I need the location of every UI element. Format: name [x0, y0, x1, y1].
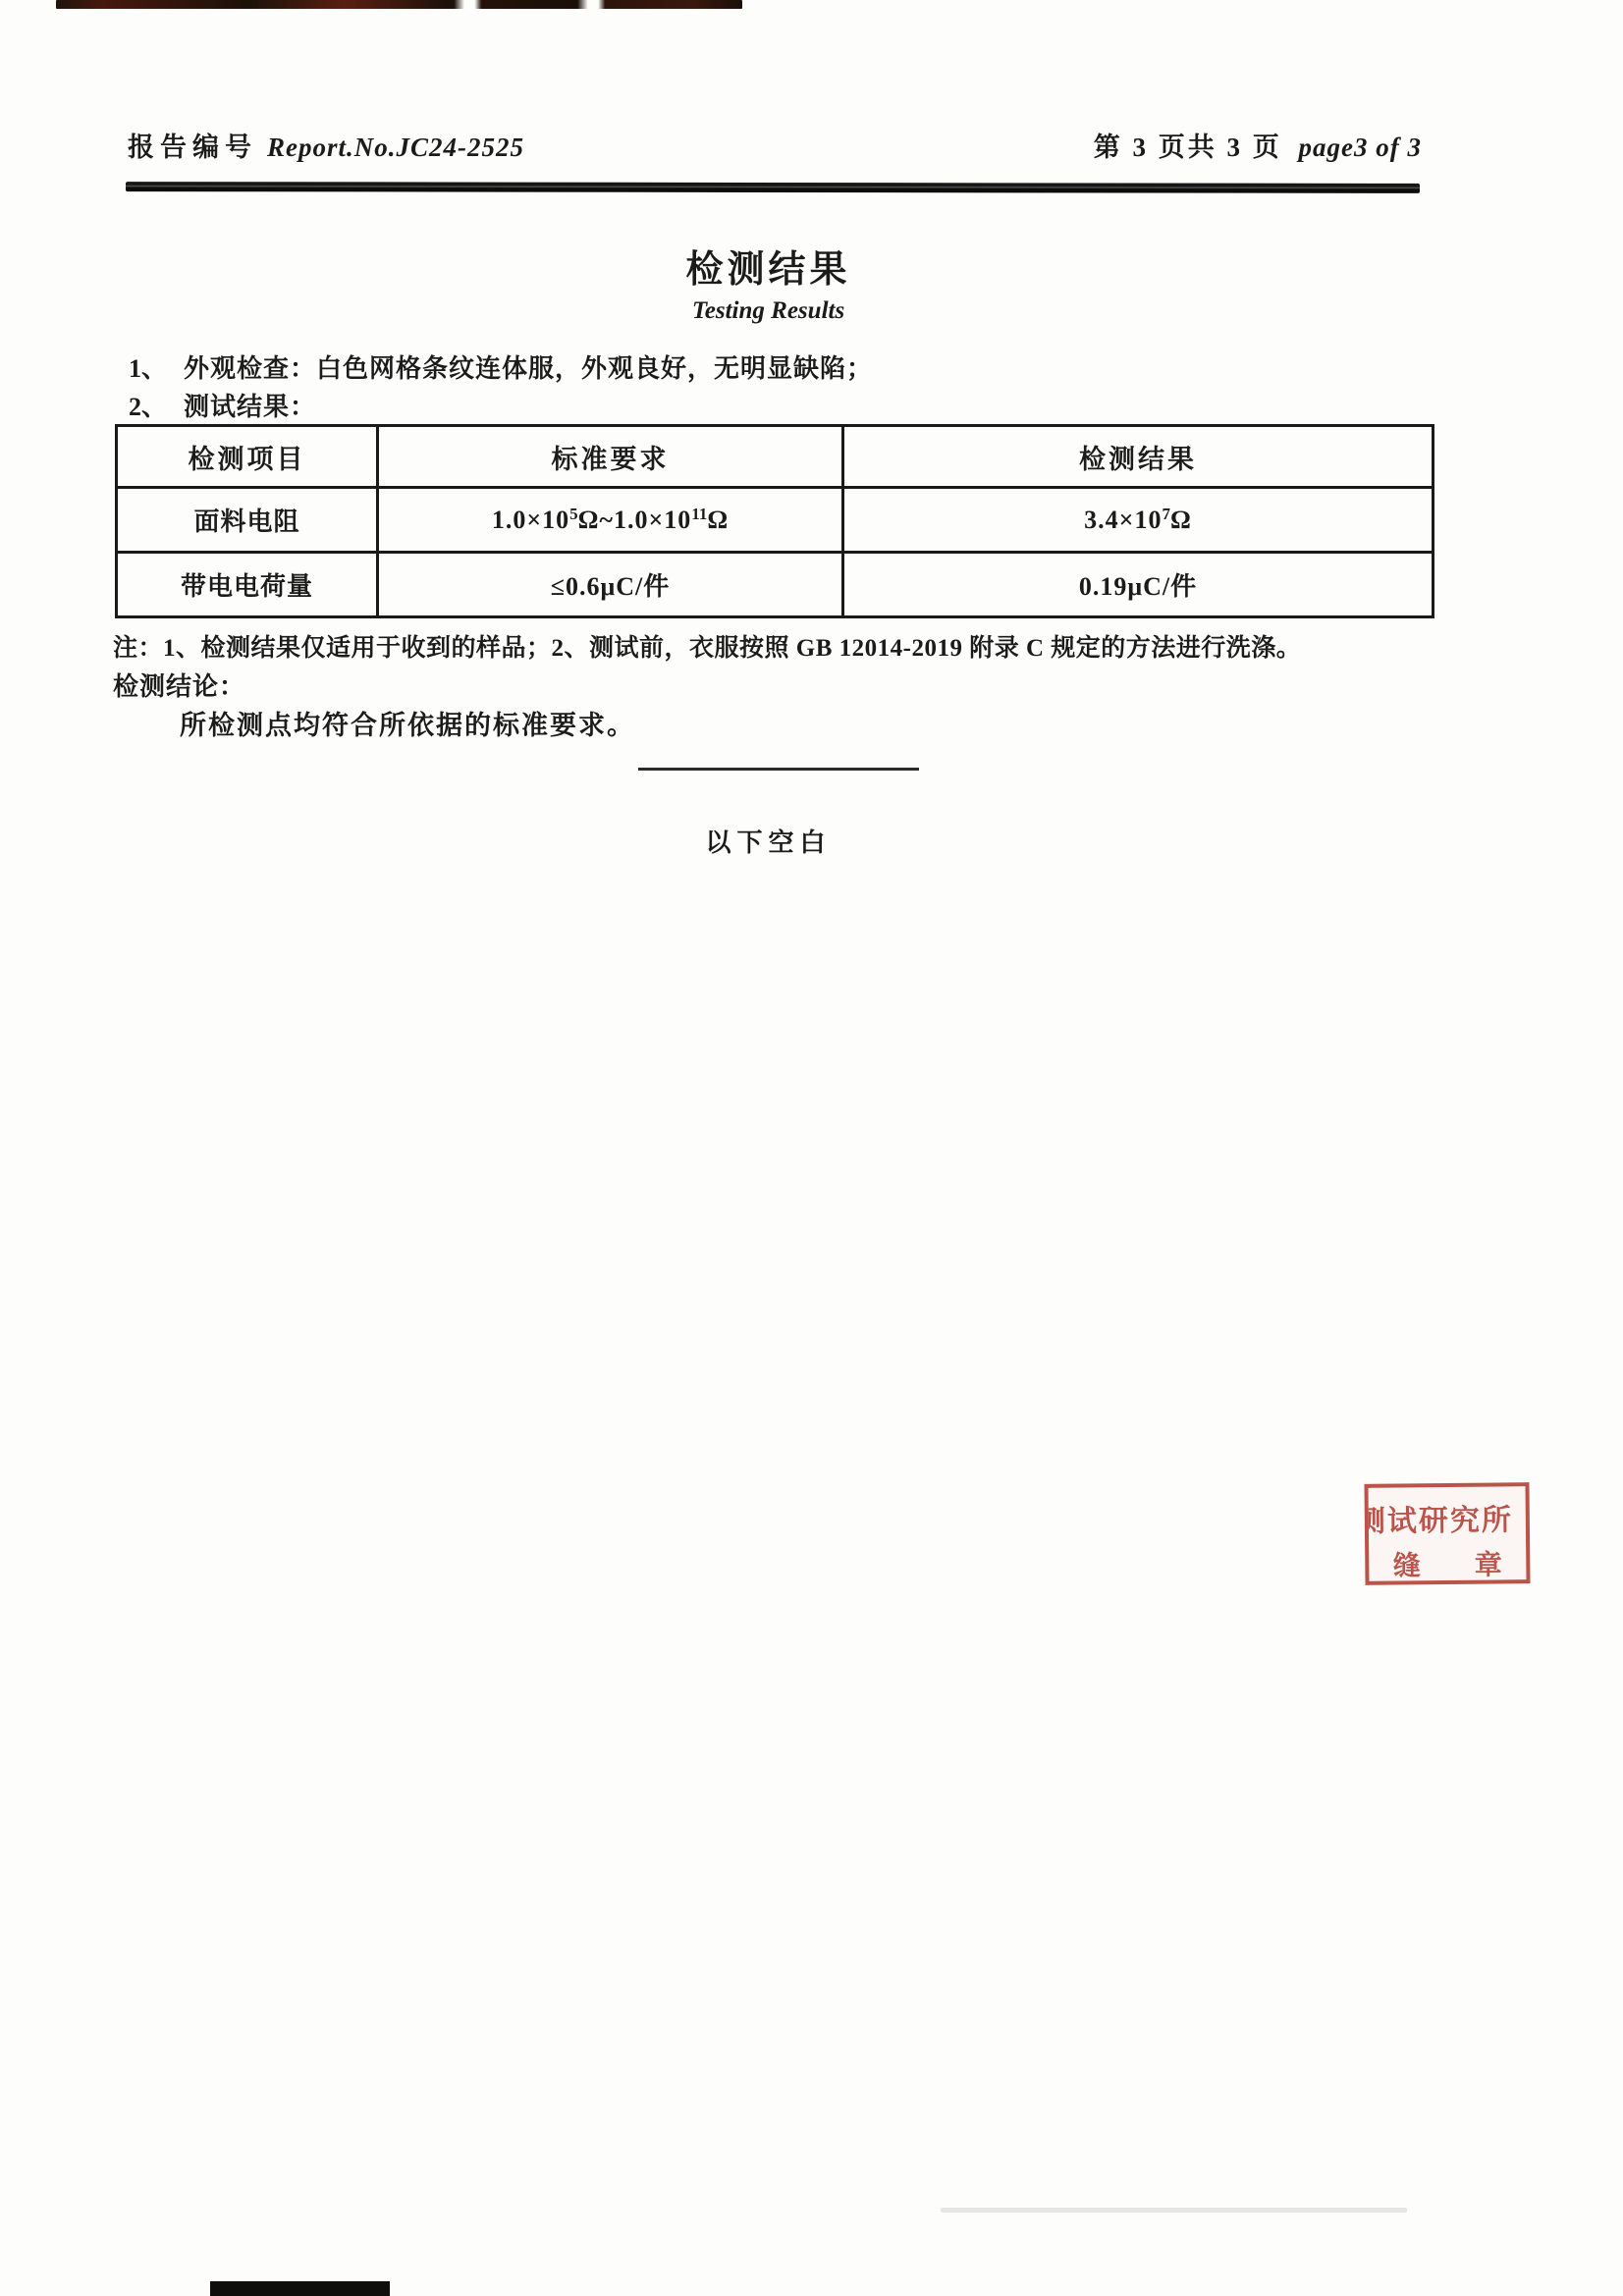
report-number-label: 报告编号 [128, 133, 257, 162]
scan-artifact-bottom-bar [210, 2281, 390, 2296]
report-number-value: Report.No.JC24-2525 [267, 133, 524, 162]
stamp-line-1: 测试研究所 [1364, 1495, 1526, 1540]
cell-result: 3.4×107Ω [843, 488, 1434, 553]
section-divider-line [638, 768, 919, 771]
list-item-text: 测试结果： [184, 388, 316, 426]
cell-requirement: 1.0×105Ω~1.0×1011Ω [378, 488, 843, 553]
cell-result: 0.19μC/件 [843, 553, 1434, 617]
table-header-row: 检测项目 标准要求 检测结果 [117, 426, 1434, 488]
conclusion-text: 所检测点均符合所依据的标准要求。 [180, 704, 635, 742]
blank-below-text: 以下空白 [113, 823, 1424, 859]
req-base: 1.0×10 [492, 506, 569, 534]
summary-list: 1、 外观检查：白色网格条纹连体服，外观良好，无明显缺陷； 2、 测试结果： [129, 349, 1425, 426]
list-item-text: 外观检查：白色网格条纹连体服，外观良好，无明显缺陷； [184, 349, 873, 388]
req-exponent: 5 [569, 505, 578, 523]
req-mid: Ω~1.0×10 [578, 506, 692, 534]
page-title: 检测结果 [113, 239, 1424, 293]
req-exponent: 11 [691, 505, 707, 523]
cell-requirement: ≤0.6μC/件 [378, 553, 843, 617]
page-number: 第 3 页共 3 页 page3 of 3 [1094, 126, 1422, 164]
table-header-requirement: 标准要求 [378, 426, 843, 488]
list-item-number: 1、 [129, 349, 184, 388]
scan-artifact-smudge [941, 2208, 1407, 2213]
cell-item: 面料电阻 [117, 488, 378, 553]
page-number-en: page3 of 3 [1299, 133, 1422, 162]
table-header-result: 检测结果 [843, 426, 1434, 488]
list-item-number: 2、 [129, 388, 184, 426]
table-header-item: 检测项目 [117, 426, 378, 488]
req-unit: Ω [707, 506, 729, 534]
seam-stamp: 测试研究所 缝 章 [1364, 1482, 1530, 1585]
note-text: 注：1、检测结果仅适用于收到的样品；2、测试前，衣服按照 GB 12014-20… [113, 628, 1434, 664]
cell-item: 带电电荷量 [117, 553, 378, 617]
res-exponent: 7 [1163, 505, 1171, 523]
report-number: 报告编号Report.No.JC24-2525 [128, 126, 524, 164]
list-item-results: 2、 测试结果： [129, 388, 1425, 426]
table-row-fabric-resistance: 面料电阻 1.0×105Ω~1.0×1011Ω 3.4×107Ω [117, 488, 1434, 553]
table-row-charge-quantity: 带电电荷量 ≤0.6μC/件 0.19μC/件 [117, 553, 1434, 617]
title-block: 检测结果 Testing Results [113, 239, 1424, 325]
res-base: 3.4×10 [1084, 506, 1162, 534]
page-subtitle: Testing Results [113, 297, 1424, 325]
results-table: 检测项目 标准要求 检测结果 面料电阻 1.0×105Ω~1.0×1011Ω 3… [115, 424, 1434, 618]
page-header: 报告编号Report.No.JC24-2525 第 3 页共 3 页 page3… [128, 126, 1422, 164]
res-unit: Ω [1170, 506, 1192, 534]
report-page: 报告编号Report.No.JC24-2525 第 3 页共 3 页 page3… [0, 0, 1623, 2296]
page-number-zh: 第 3 页共 3 页 [1094, 133, 1282, 162]
scan-artifact-top-bar [56, 0, 742, 9]
list-item-appearance: 1、 外观检查：白色网格条纹连体服，外观良好，无明显缺陷； [129, 349, 1425, 388]
stamp-line-2: 缝 章 [1369, 1543, 1526, 1584]
header-rule [126, 182, 1420, 193]
conclusion-label: 检测结论： [113, 667, 245, 703]
